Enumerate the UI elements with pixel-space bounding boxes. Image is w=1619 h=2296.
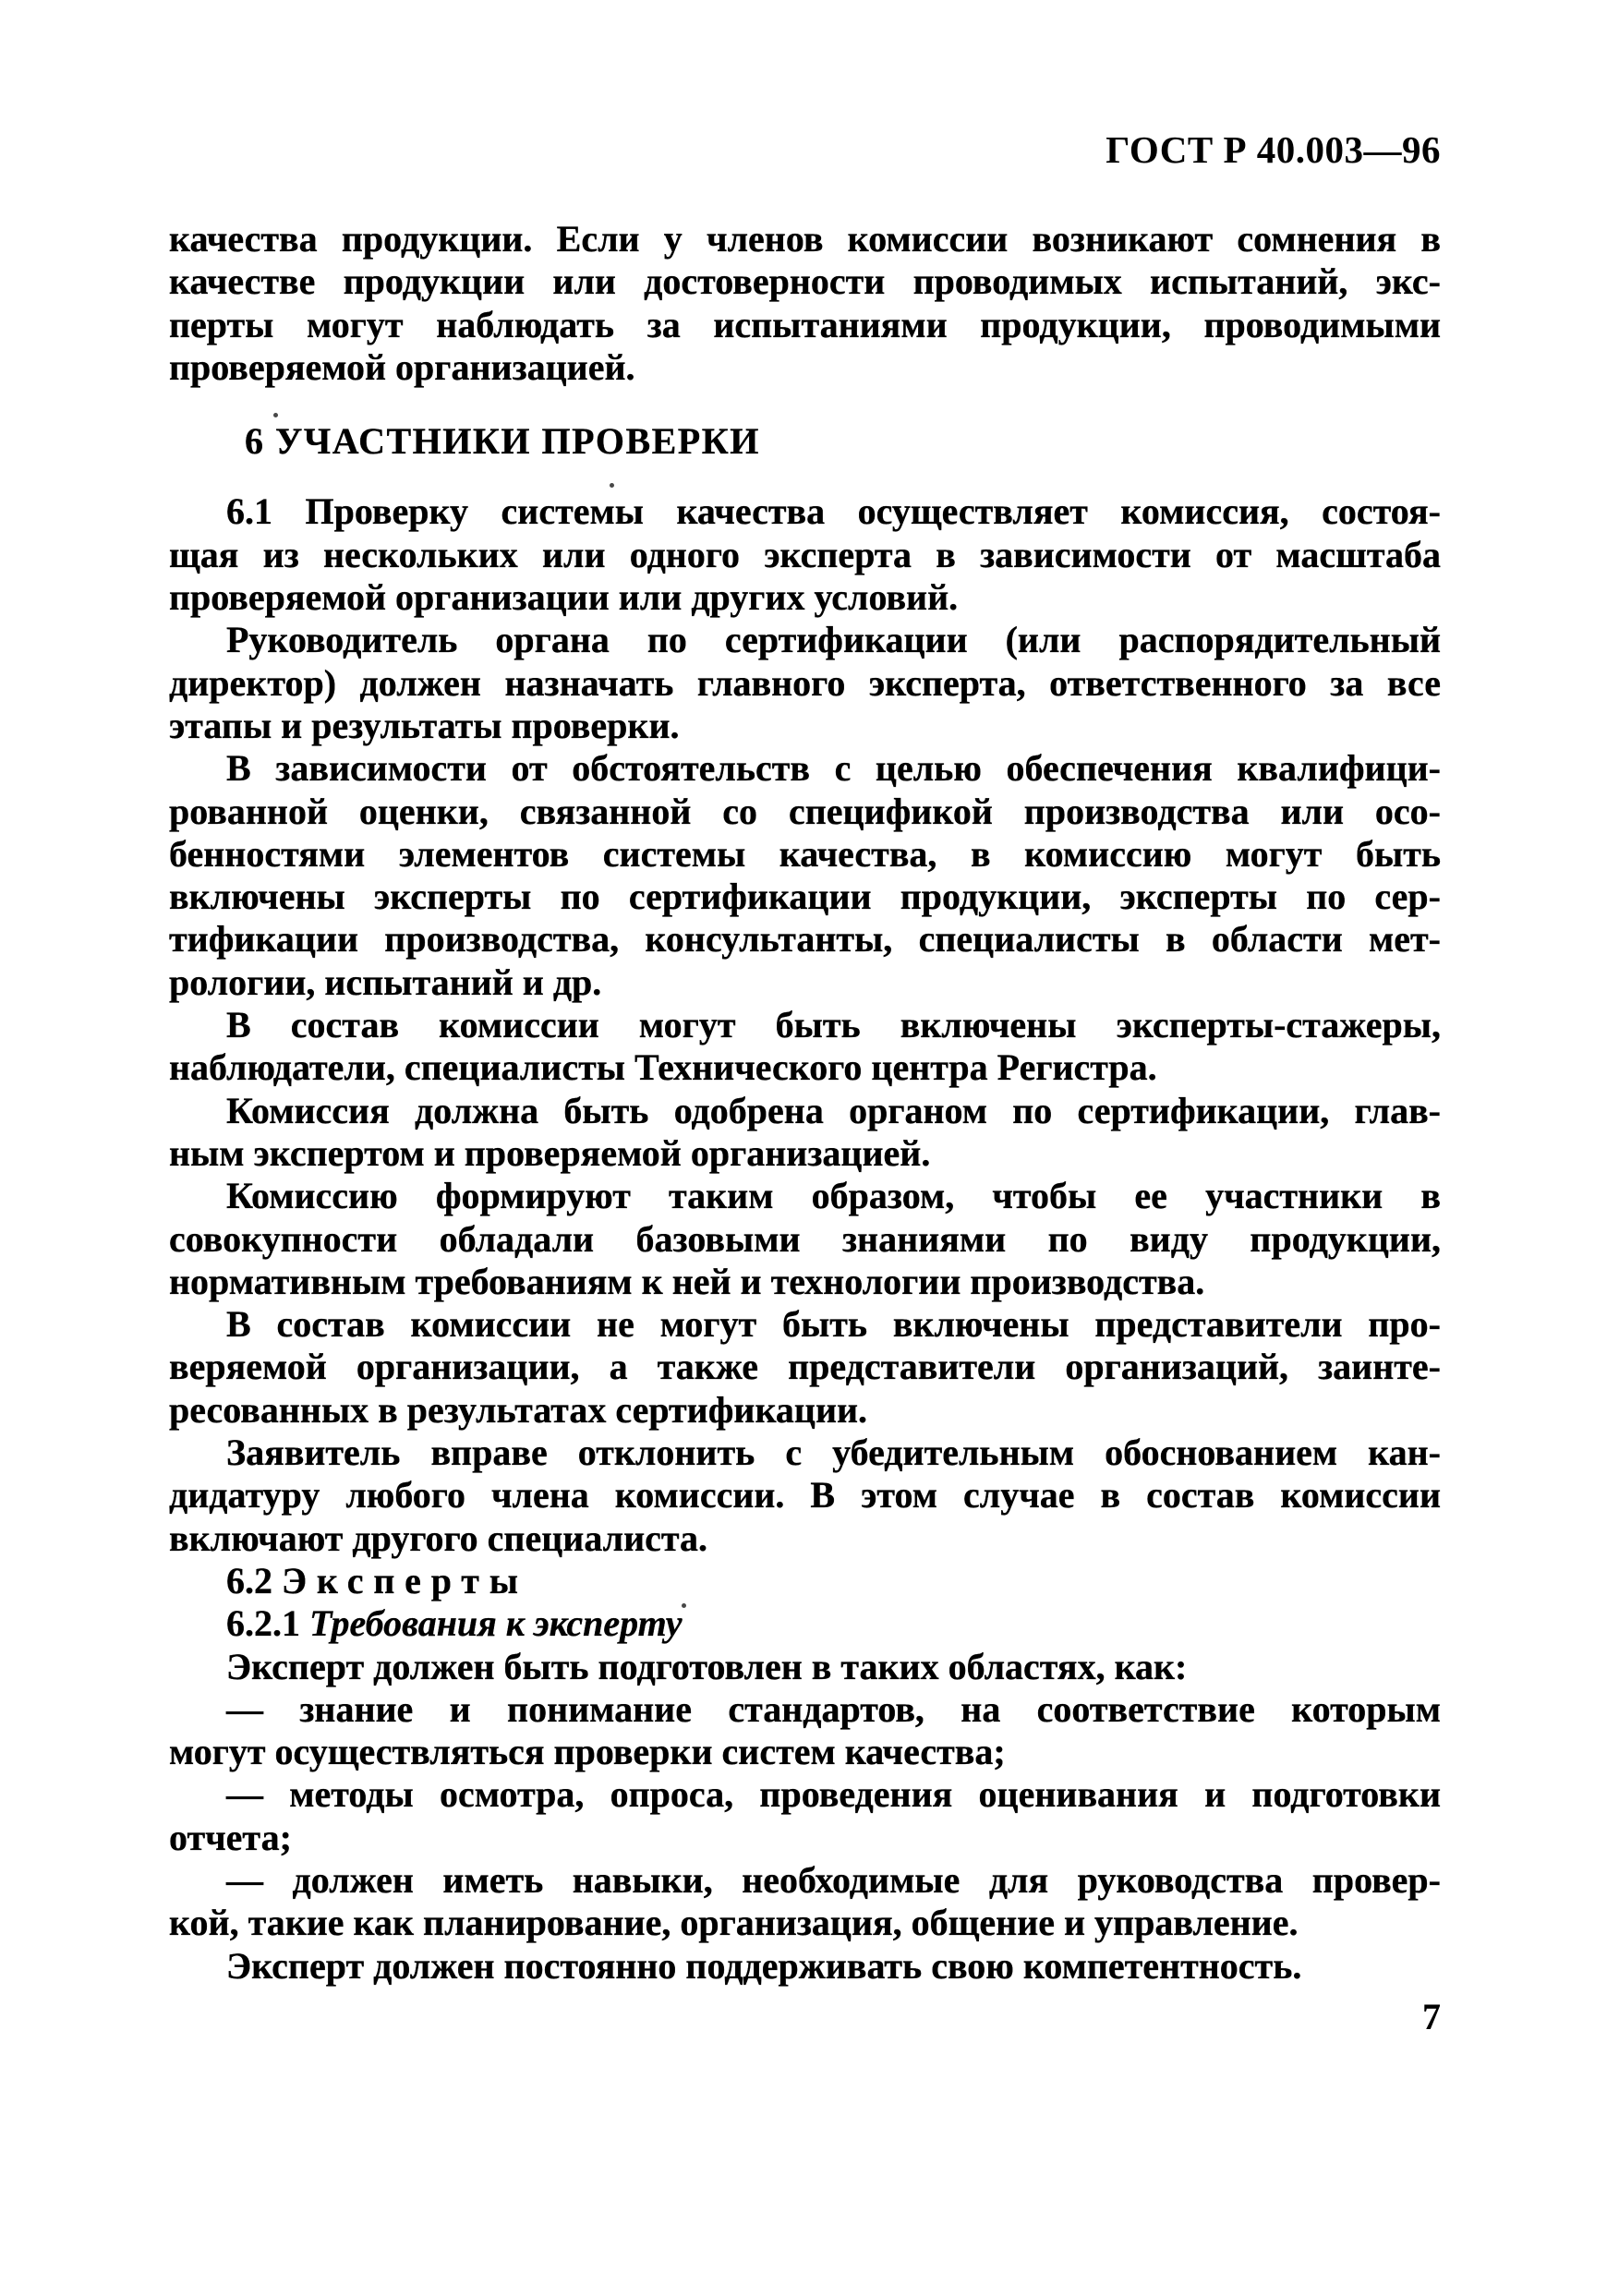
text-line: Эксперт должен быть подготовлен в таких …: [169, 1646, 1441, 1688]
text-line: — знание и понимание стандартов, на соот…: [169, 1688, 1441, 1731]
document-page: ГОСТ Р 40.003—96 качества продукции. Есл…: [0, 0, 1619, 2296]
paragraph: — методы осмотра, опроса, проведения оце…: [169, 1773, 1441, 1859]
text-line: Руководитель органа по сертификации (или…: [169, 619, 1441, 661]
text-line: директор) должен назначать главного эксп…: [169, 662, 1441, 705]
text-line: наблюдатели, специалисты Технического це…: [169, 1046, 1441, 1089]
text-line: веряемой организации, а также представит…: [169, 1346, 1441, 1388]
text-line: — должен иметь навыки, необходимые для р…: [169, 1859, 1441, 1902]
text-line: совокупности обладали базовыми знаниями …: [169, 1218, 1441, 1261]
text-line: рованной оценки, связанной со спецификой…: [169, 791, 1441, 833]
paragraph: 6.2 Эксперты: [169, 1560, 1441, 1602]
text-line: щая из нескольких или одного эксперта в …: [169, 534, 1441, 576]
text-run-plain: 6.2: [226, 1560, 282, 1601]
text-line: отчета;: [169, 1817, 1441, 1859]
text-line: кой, такие как планирование, организация…: [169, 1902, 1441, 1944]
text-line: Комиссию формируют таким образом, чтобы …: [169, 1175, 1441, 1217]
paragraph: Комиссию формируют таким образом, чтобы …: [169, 1175, 1441, 1303]
text-line: В зависимости от обстоятельств с целью о…: [169, 747, 1441, 790]
paragraph: Заявитель вправе отклонить с убедительны…: [169, 1432, 1441, 1560]
paragraph: 6.1 Проверку системы качества осуществля…: [169, 490, 1441, 619]
paragraph: Эксперт должен быть подготовлен в таких …: [169, 1646, 1441, 1688]
text-line: В состав комиссии могут быть включены эк…: [169, 1004, 1441, 1046]
text-line: перты могут наблюдать за испытаниями про…: [169, 304, 1441, 346]
paragraph: — должен иметь навыки, необходимые для р…: [169, 1859, 1441, 1945]
text-line: проверяемой организацией.: [169, 346, 1441, 389]
text-line: качества продукции. Если у членов комисс…: [169, 218, 1441, 260]
text-line: Эксперт должен постоянно поддерживать св…: [169, 1945, 1441, 1988]
text-line: рологии, испытаний и др.: [169, 961, 1441, 1004]
scan-artifact-dot: [682, 1603, 686, 1608]
text-line: В состав комиссии не могут быть включены…: [169, 1303, 1441, 1346]
text-run-spaced: Эксперты: [282, 1560, 528, 1601]
scan-artifact-dot: [610, 483, 614, 488]
page-number: 7: [169, 1995, 1441, 2038]
paragraph: Руководитель органа по сертификации (или…: [169, 619, 1441, 747]
text-line: дидатуру любого члена комиссии. В этом с…: [169, 1474, 1441, 1517]
text-line: бенностями элементов системы качества, в…: [169, 833, 1441, 876]
paragraph: — знание и понимание стандартов, на соот…: [169, 1688, 1441, 1774]
text-line: тификации производства, консультанты, сп…: [169, 918, 1441, 961]
text-line: ным экспертом и проверяемой организацией…: [169, 1132, 1441, 1175]
section-heading: 6 УЧАСТНИКИ ПРОВЕРКИ: [245, 420, 1441, 463]
paragraph: В зависимости от обстоятельств с целью о…: [169, 747, 1441, 1004]
paragraph: Эксперт должен постоянно поддерживать св…: [169, 1945, 1441, 1988]
paragraph: В состав комиссии могут быть включены эк…: [169, 1004, 1441, 1090]
text-run-italic: Требования к эксперту: [309, 1602, 682, 1644]
text-line: Комиссия должна быть одобрена органом по…: [169, 1090, 1441, 1132]
paragraph: 6.2.1 Требования к эксперту: [169, 1602, 1441, 1645]
text-line: 6.2.1 Требования к эксперту: [169, 1602, 1441, 1645]
text-line: — методы осмотра, опроса, проведения оце…: [169, 1773, 1441, 1816]
text-block: качества продукции. Если у членов комисс…: [169, 218, 1441, 1988]
text-line: нормативным требованиям к ней и технолог…: [169, 1261, 1441, 1303]
paragraph: качества продукции. Если у членов комисс…: [169, 218, 1441, 389]
text-run-plain: 6.2.1: [226, 1602, 309, 1644]
text-line: могут осуществляться проверки систем кач…: [169, 1731, 1441, 1773]
paragraph: В состав комиссии не могут быть включены…: [169, 1303, 1441, 1432]
text-line: проверяемой организации или других услов…: [169, 576, 1441, 619]
paragraph: Комиссия должна быть одобрена органом по…: [169, 1090, 1441, 1176]
text-line: качестве продукции или достоверности про…: [169, 260, 1441, 303]
text-line: 6.1 Проверку системы качества осуществля…: [169, 490, 1441, 533]
text-line: Заявитель вправе отклонить с убедительны…: [169, 1432, 1441, 1474]
document-code-header: ГОСТ Р 40.003—96: [169, 127, 1441, 172]
text-line: 6.2 Эксперты: [169, 1560, 1441, 1602]
scan-artifact-dot: [273, 413, 278, 417]
text-line: ресованных в результатах сертификации.: [169, 1389, 1441, 1432]
text-line: включают другого специалиста.: [169, 1517, 1441, 1560]
text-line: включены эксперты по сертификации продук…: [169, 876, 1441, 918]
text-line: этапы и результаты проверки.: [169, 705, 1441, 747]
